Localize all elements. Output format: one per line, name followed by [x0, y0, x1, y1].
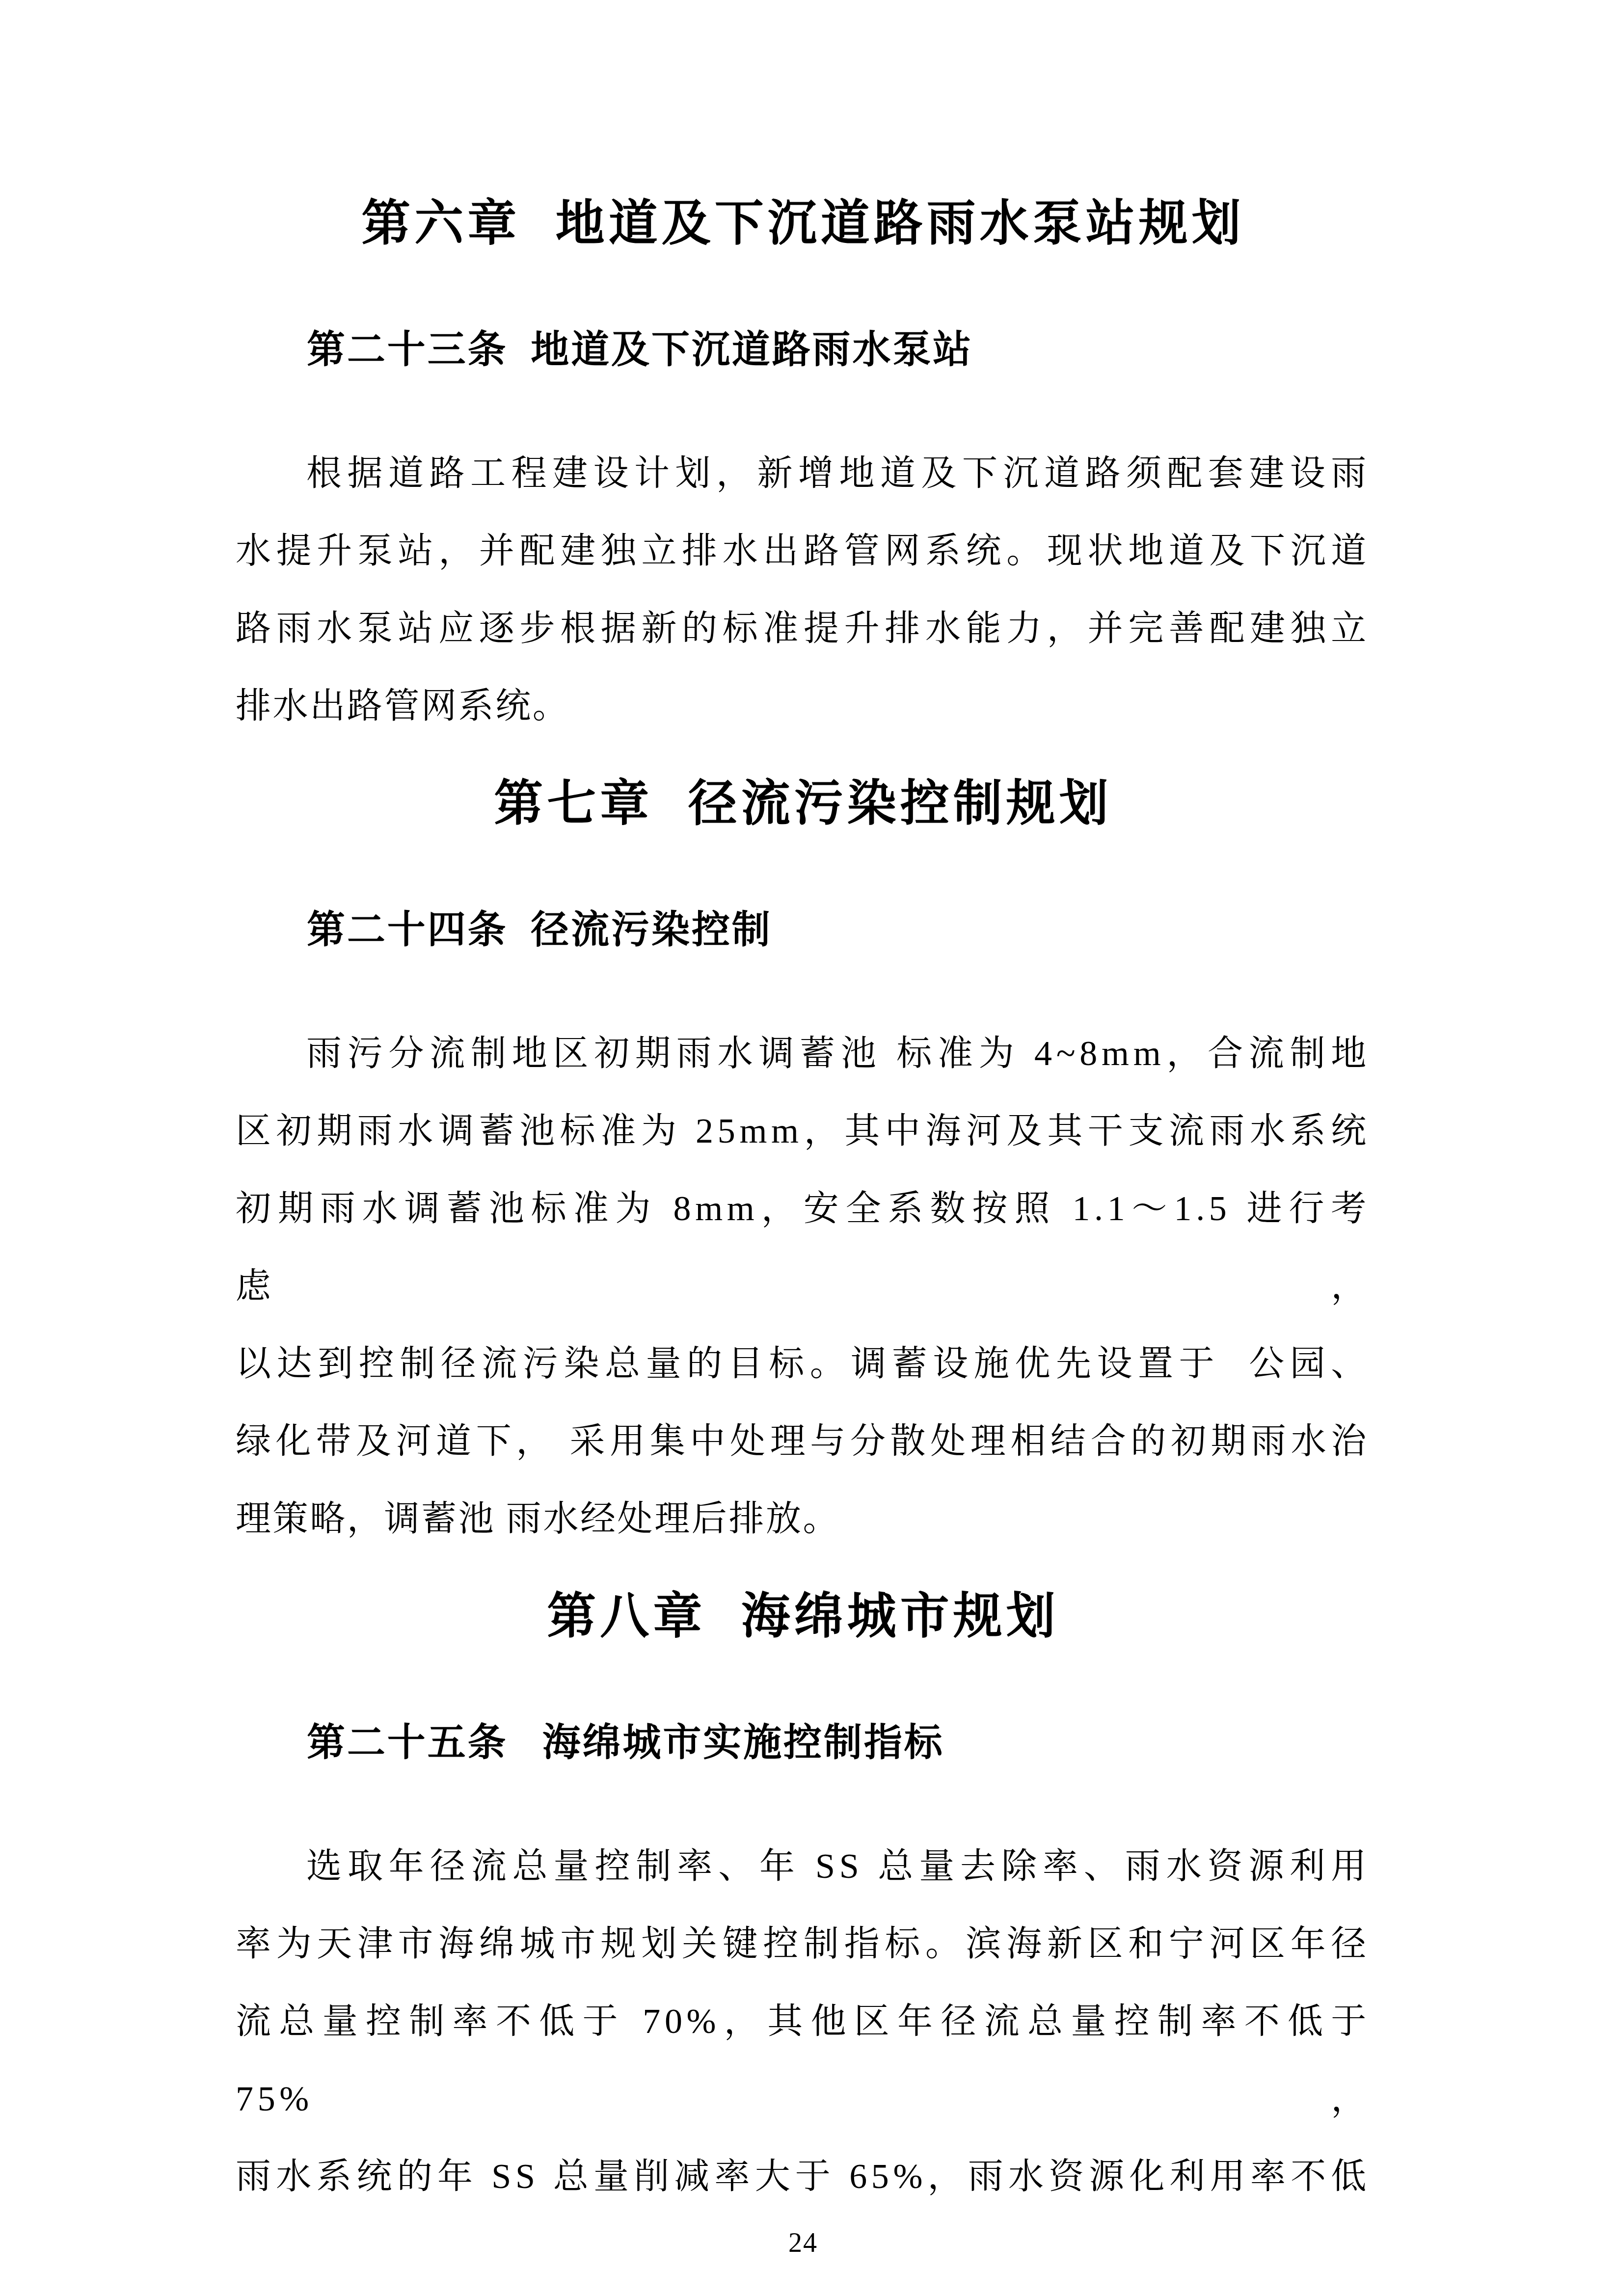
article-23-heading: 第二十三条 地道及下沉道路雨水泵站	[236, 324, 1371, 375]
text-line: 区初期雨水调蓄池标准为 25mm，其中海河及其干支流雨水系统	[236, 1092, 1371, 1170]
paragraph-runoff-pollution-control: 雨污分流制地区初期雨水调蓄池 标准为 4~8mm，合流制地区初期雨水调蓄池标准为…	[236, 1015, 1371, 1557]
text-line: 初期雨水调蓄池标准为 8mm，安全系数按照 1.1～1.5 进行考虑，	[236, 1170, 1371, 1325]
chapter-8-title: 第八章 海绵城市规划	[236, 1584, 1371, 1648]
chapter-6-title: 第六章 地道及下沉道路雨水泵站规划	[236, 191, 1371, 255]
text-line: 理策略，调蓄池 雨水经处理后排放。	[236, 1480, 1371, 1557]
chapter-7-title: 第七章 径流污染控制规划	[236, 772, 1371, 835]
text-line: 根据道路工程建设计划，新增地道及下沉道路须配套建设雨	[236, 434, 1371, 512]
text-line: 排水出路管网系统。	[236, 667, 1371, 745]
text-line: 雨污分流制地区初期雨水调蓄池 标准为 4~8mm，合流制地	[236, 1015, 1371, 1092]
article-24-heading: 第二十四条 径流污染控制	[236, 904, 1371, 956]
text-line: 以达到控制径流污染总量的目标。调蓄设施优先设置于 公园、	[236, 1325, 1371, 1402]
page-number: 24	[236, 2227, 1371, 2259]
text-line: 绿化带及河道下， 采用集中处理与分散处理相结合的初期雨水治	[236, 1402, 1371, 1480]
paragraph-sponge-city-indicators: 选取年径流总量控制率、年 SS 总量去除率、雨水资源利用率为天津市海绵城市规划关…	[236, 1827, 1371, 2215]
text-line: 雨水系统的年 SS 总量削减率大于 65%，雨水资源化利用率不低	[236, 2137, 1371, 2215]
paragraph-tunnel-pump-stations: 根据道路工程建设计划，新增地道及下沉道路须配套建设雨水提升泵站，并配建独立排水出…	[236, 434, 1371, 745]
text-line: 率为天津市海绵城市规划关键控制指标。滨海新区和宁河区年径	[236, 1905, 1371, 1982]
text-line: 水提升泵站，并配建独立排水出路管网系统。现状地道及下沉道	[236, 512, 1371, 589]
article-25-heading: 第二十五条 海绵城市实施控制指标	[236, 1717, 1371, 1768]
document-page: 第六章 地道及下沉道路雨水泵站规划 第二十三条 地道及下沉道路雨水泵站 根据道路…	[0, 0, 1616, 2296]
text-line: 路雨水泵站应逐步根据新的标准提升排水能力，并完善配建独立	[236, 589, 1371, 667]
text-line: 流总量控制率不低于 70%，其他区年径流总量控制率不低于 75%，	[236, 1982, 1371, 2137]
text-line: 选取年径流总量控制率、年 SS 总量去除率、雨水资源利用	[236, 1827, 1371, 1905]
